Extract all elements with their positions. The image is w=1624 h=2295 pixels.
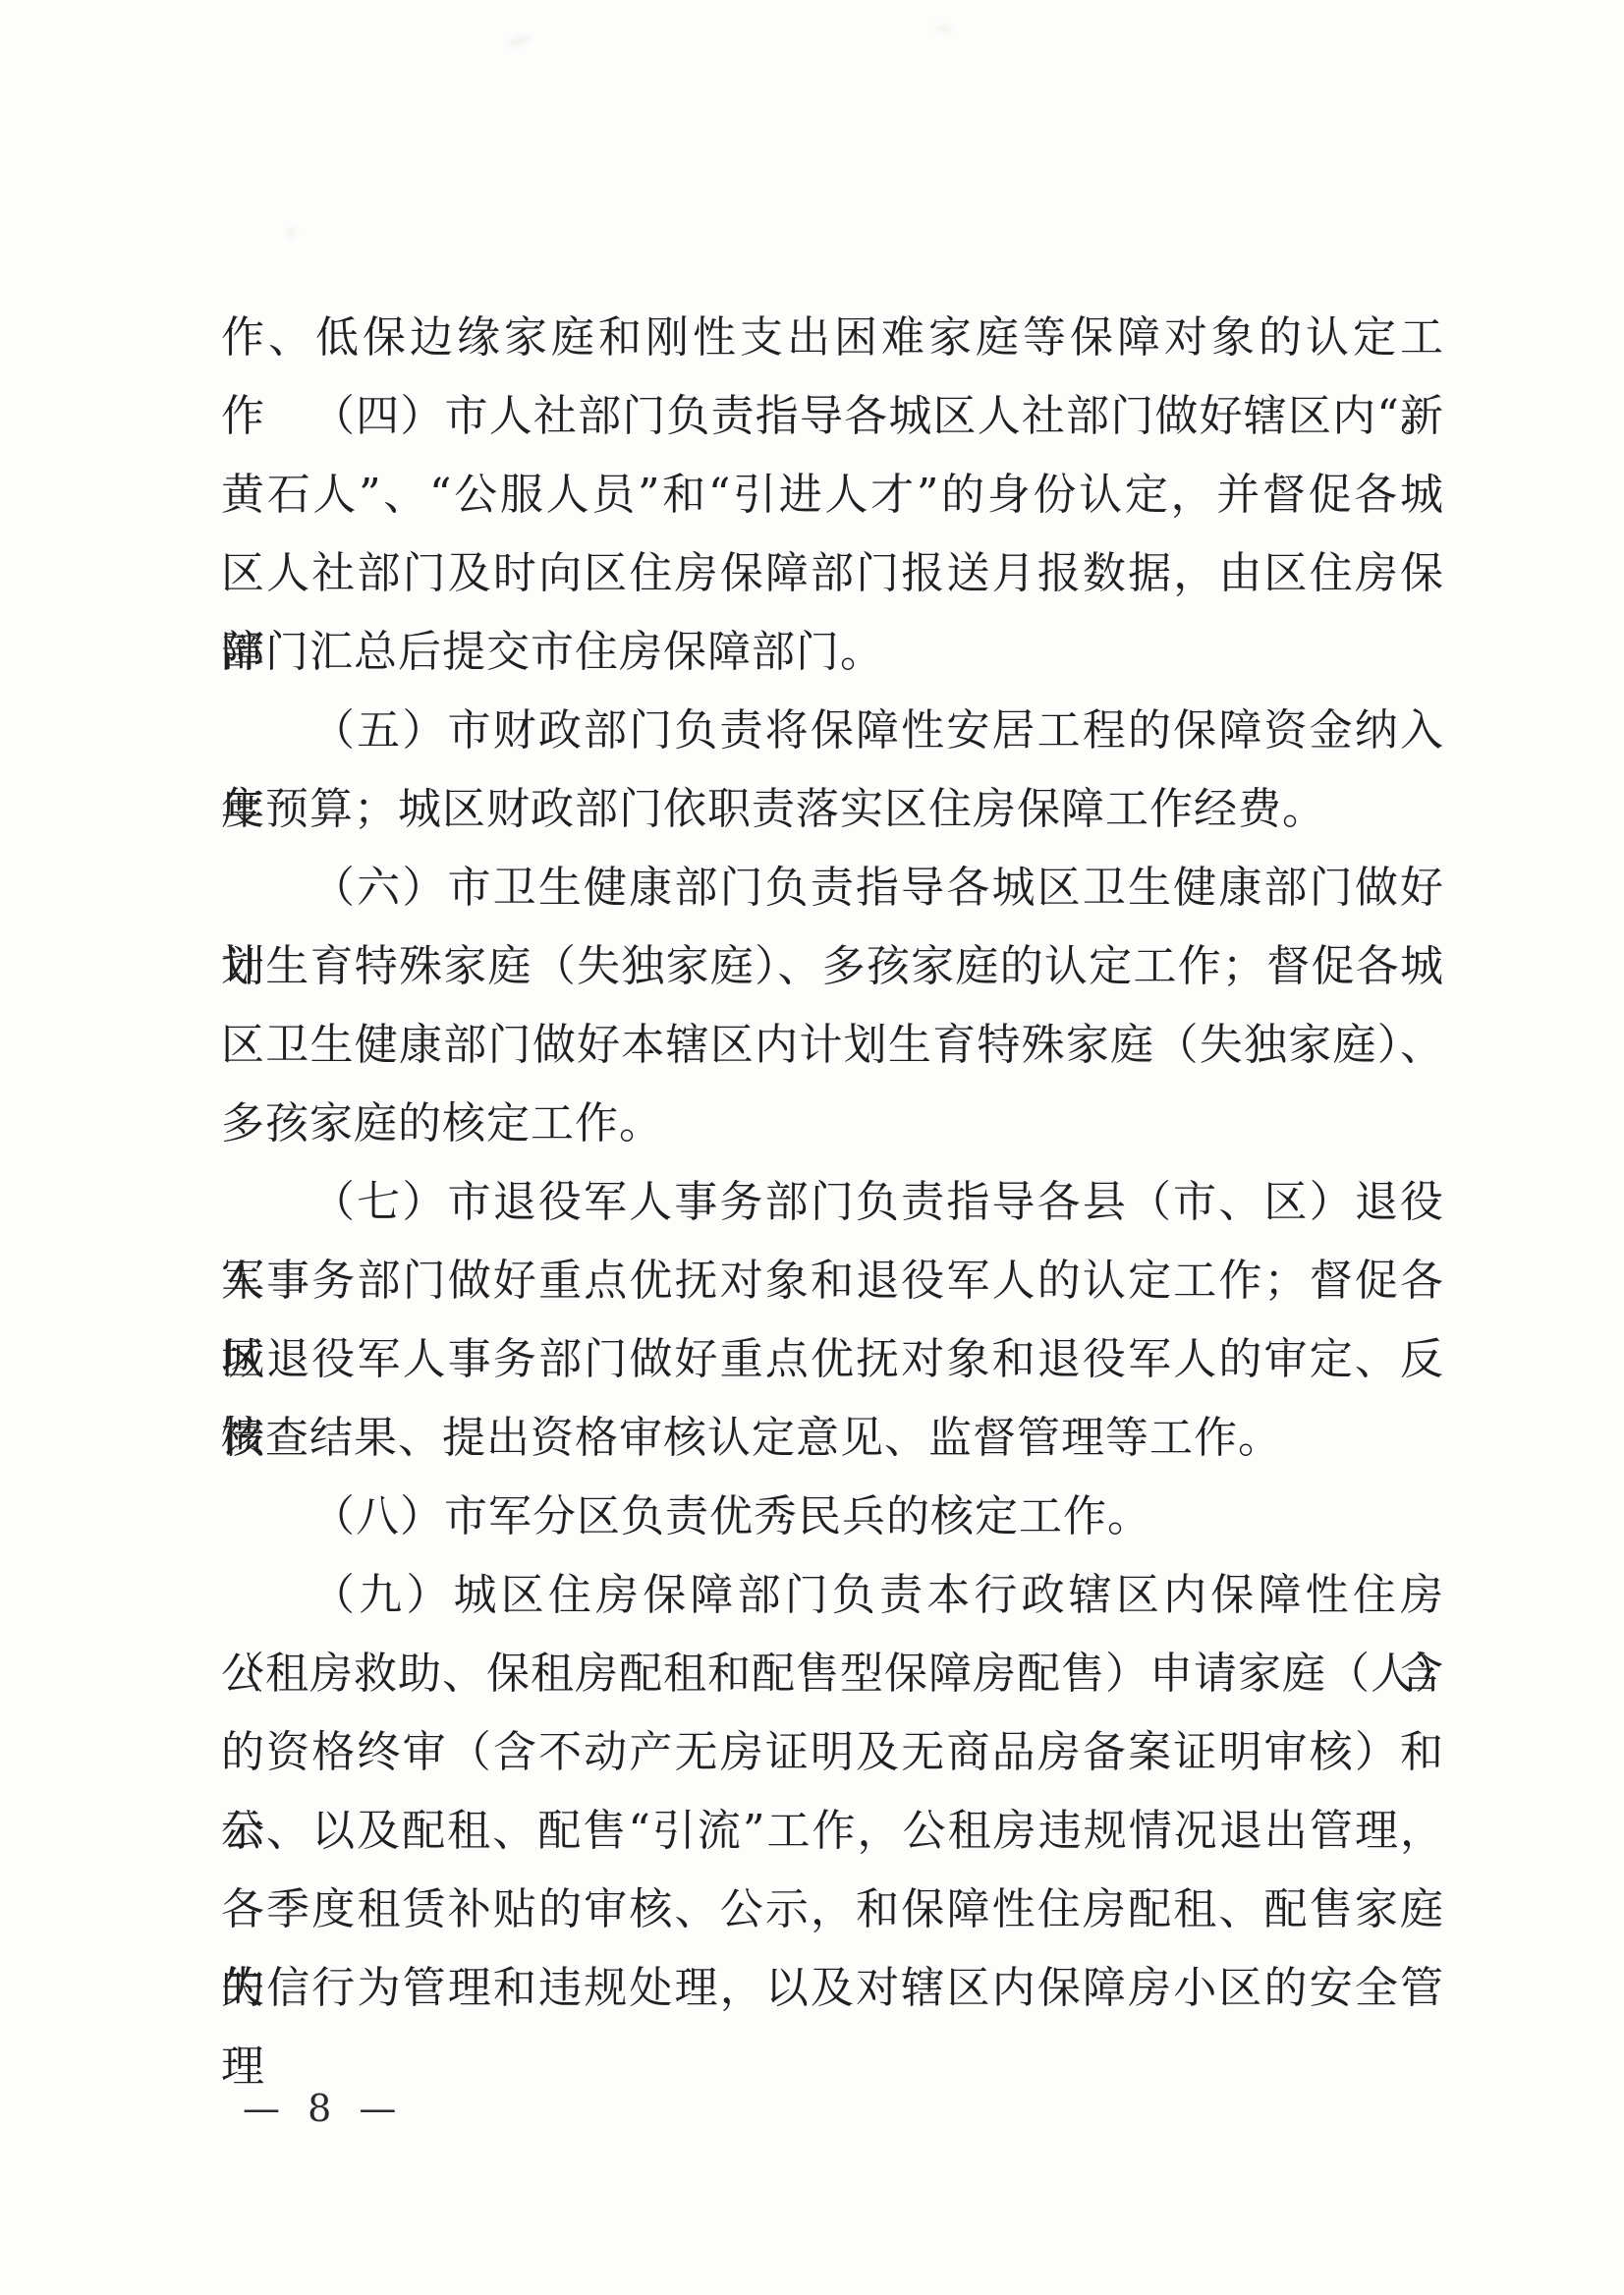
document-page: 作、低保边缘家庭和刚性支出困难家庭等保障对象的认定工作。（四）市人社部门负责指导… — [0, 0, 1624, 2295]
document-line: 黄石人”、“公服人员”和“引进人才”的身份认定，并督促各城 — [221, 456, 1444, 534]
document-line: 公租房救助、保租房配租和配售型保障房配售）申请家庭（人） — [221, 1635, 1444, 1713]
document-line: （四）市人社部门负责指导各城区人社部门做好辖区内“新 — [221, 377, 1444, 456]
document-line: （八）市军分区负责优秀民兵的核定工作。 — [221, 1478, 1444, 1556]
document-line: （九）城区住房保障部门负责本行政辖区内保障性住房（含 — [221, 1556, 1444, 1635]
document-line: 度预算；城区财政部门依职责落实区住房保障工作经费。 — [221, 770, 1444, 849]
page-number: — 8 — — [243, 2081, 404, 2136]
document-line: （六）市卫生健康部门负责指导各城区卫生健康部门做好计 — [221, 849, 1444, 927]
document-line: 示、以及配租、配售“引流”工作，公租房违规情况退出管理， — [221, 1792, 1444, 1871]
scan-artifact — [934, 24, 953, 34]
scan-artifact — [505, 33, 532, 49]
document-body: 作、低保边缘家庭和刚性支出困难家庭等保障对象的认定工作。（四）市人社部门负责指导… — [221, 299, 1444, 2028]
scan-artifact — [287, 228, 297, 238]
document-line: 核查结果、提出资格审核认定意见、监督管理等工作。 — [221, 1399, 1444, 1478]
document-line: 划生育特殊家庭（失独家庭）、多孩家庭的认定工作；督促各城 — [221, 927, 1444, 1006]
document-line: 区卫生健康部门做好本辖区内计划生育特殊家庭（失独家庭）、 — [221, 1006, 1444, 1085]
document-line: （七）市退役军人事务部门负责指导各县（市、区）退役军 — [221, 1163, 1444, 1242]
document-line: （五）市财政部门负责将保障性安居工程的保障资金纳入年 — [221, 692, 1444, 770]
document-line: 的资格终审（含不动产无房证明及无商品房备案证明审核）和公 — [221, 1713, 1444, 1792]
document-line: 部门汇总后提交市住房保障部门。 — [221, 613, 1444, 692]
document-line: 多孩家庭的核定工作。 — [221, 1085, 1444, 1163]
document-line: 作、低保边缘家庭和刚性支出困难家庭等保障对象的认定工作。 — [221, 299, 1444, 377]
document-line: 失信行为管理和违规处理，以及对辖区内保障房小区的安全管理 — [221, 1949, 1444, 2028]
document-line: 各季度租赁补贴的审核、公示，和保障性住房配租、配售家庭的 — [221, 1871, 1444, 1949]
document-line: 区人社部门及时向区住房保障部门报送月报数据，由区住房保障 — [221, 534, 1444, 613]
document-line: 区退役军人事务部门做好重点优抚对象和退役军人的审定、反馈 — [221, 1320, 1444, 1399]
document-line: 人事务部门做好重点优抚对象和退役军人的认定工作；督促各城 — [221, 1242, 1444, 1320]
